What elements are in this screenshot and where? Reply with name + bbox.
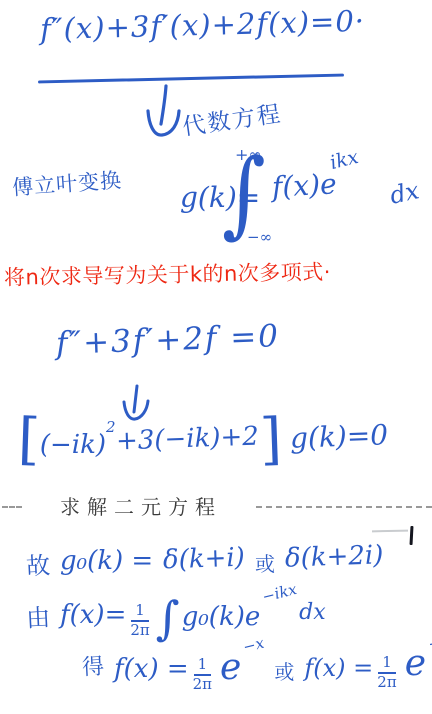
poly-term1: (−ik) — [40, 430, 106, 460]
arrow-label-algebraic-equation: 代数方程 — [180, 95, 284, 142]
fourier-differential: dx — [387, 176, 421, 209]
exponent2: −2x — [427, 629, 432, 653]
fx-lhs: f(x)= — [60, 600, 126, 630]
stray-tick-mark — [410, 526, 414, 545]
handwriting-note-canvas[interactable]: f″(x)+3f′(x)+2f(x)=0· 代数方程 傅立叶变换 g(k)= +… — [0, 0, 432, 714]
g0-lhs: g₀(k) = — [60, 546, 153, 576]
e-base2: e — [405, 646, 426, 682]
divider-label: 求解二元方程 — [60, 491, 222, 520]
fx1-lhs: f(x) = — [114, 654, 189, 684]
fraction2-1-over-2pi: 1 2π — [377, 654, 396, 690]
fraction-1-over-2pi: 1 2π — [130, 602, 149, 638]
open-bracket: [ — [17, 410, 41, 471]
e-base1: e — [220, 650, 241, 686]
fraction2-numerator: 1 — [378, 654, 396, 674]
integral-sign-icon: ∫ — [222, 146, 266, 240]
fx2-lhs: f(x) = — [304, 654, 373, 682]
divider-dash-right — [256, 506, 432, 508]
delta2: δ(k+2i) — [284, 540, 383, 573]
fourier-transform-label: 傅立叶变换 — [11, 164, 123, 202]
fraction1-numerator: 1 — [194, 656, 212, 676]
fraction1-1-over-2pi: 1 2π — [193, 656, 212, 692]
lead-char-de: 得 — [81, 649, 105, 681]
integral-lower-limit: −∞ — [247, 228, 272, 246]
poly-rhs: g(k)=0 — [290, 418, 389, 454]
delta1: δ(k+i) — [163, 543, 246, 576]
solution-line-delta: 故 g₀(k) = δ(k+i) 或 δ(k+2i) — [26, 542, 383, 581]
inverse-differential: dx — [299, 600, 326, 625]
or-word: 或 — [255, 548, 275, 577]
fraction1-denominator: 2π — [193, 676, 212, 693]
ode-equation: f″(x)+3f′(x)+2f(x)=0· — [40, 4, 366, 46]
characteristic-polynomial-equation: [ (−ik) 2 +3(−ik)+2 ] g(k)=0 — [18, 410, 388, 470]
stray-gray-line — [372, 530, 408, 533]
poly-term1-exponent: 2 — [106, 418, 116, 436]
or-word2: 或 — [274, 656, 294, 685]
integral-sign-small-icon: ∫ — [156, 594, 180, 642]
exponent1: −x — [241, 634, 266, 657]
underline-stroke — [38, 74, 344, 84]
inverse-integrand: g₀(k)e — [182, 602, 261, 632]
close-bracket: ] — [259, 410, 283, 471]
lead-char-gu: 故 — [25, 545, 51, 581]
red-annotation: 将n次求导写为关于k的n次多项式· — [4, 254, 430, 291]
fourier-exponent: ikx — [328, 146, 361, 174]
inverse-exponent: −ikx — [261, 580, 299, 606]
fraction2-denominator: 2π — [377, 674, 396, 691]
fraction-denominator: 2π — [130, 622, 149, 639]
lead-char-you: 由 — [25, 597, 51, 633]
fourier-integrand: f(x)e — [271, 167, 337, 203]
ode-short-equation: f″+3f′+2f =0 — [55, 318, 280, 362]
divider-dash-left — [2, 506, 22, 508]
poly-term2: +3(−ik)+2 — [115, 422, 259, 457]
solution-line-final: 得 f(x) = 1 2π e −x 或 f(x) = 1 2π e −2x — [82, 646, 432, 692]
solution-line-inverse-transform: 由 f(x)= 1 2π ∫ g₀(k)e −ikx dx — [26, 594, 326, 642]
down-arrow-icon — [142, 84, 186, 146]
fraction-numerator: 1 — [131, 602, 149, 622]
